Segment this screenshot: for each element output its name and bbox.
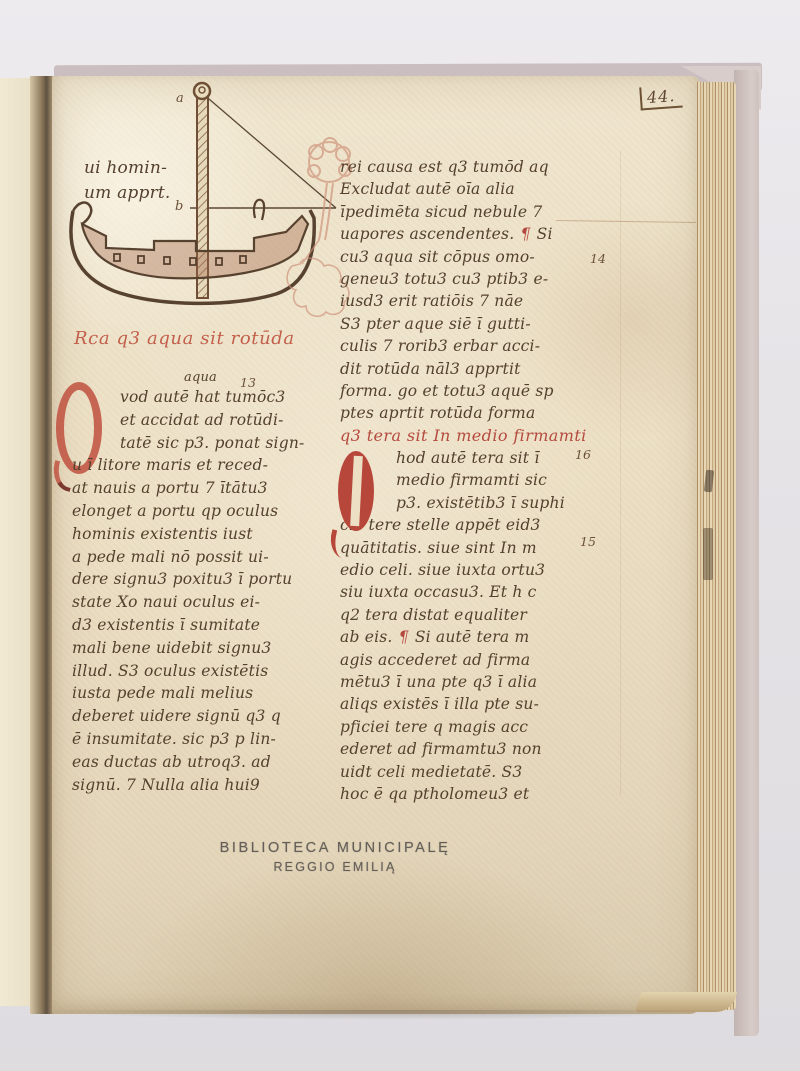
right-line-2: p3. existētib3 ī suphi [340,492,632,514]
right-line-1: medio firmamti sic [340,469,632,491]
manuscript-photo: 44. ui homin-um apprt. a b [0,0,800,1071]
right-line-4: cu3 aqua sit cōpus omo- [340,246,632,268]
initial-q-right: Q [338,451,374,531]
masthead [194,83,210,99]
left-line-3: u ī litore maris et reced- [72,454,334,477]
margin-note-15: 15 [580,534,596,549]
book-shadow [28,1010,744,1020]
left-line-11: mali bene uidebit signu3 [72,637,334,660]
left-line-8: dere signu3 poxitu3 ī portu [72,568,334,591]
stamp-line-1: BIBLIOTECA MUNICIPALĘ [190,840,480,856]
book-cover-right-edge [734,70,759,1036]
right-line-13: ederet ad firmamtu3 non [340,738,632,760]
left-line-13: iusta pede mali melius [72,682,334,705]
deck-post [254,200,264,220]
left-line-17: signū. 7 Nulla alia hui9 [72,774,334,797]
right-column-lower: hod autē tera sit īmedio firmamti sicp3.… [340,447,632,805]
right-line-6: iusd3 erit ratiōis 7 nāe [340,290,632,312]
fore-edge-ink-mark [703,528,713,580]
rubric-heading-aqua: Rca q3 aqua sit rotūda [74,328,295,349]
text-column-left: vod autē hat tumōc3et accidat ad rotūdi-… [72,386,334,796]
page-corner-curl [635,992,737,1012]
right-line-14: uidt celi medietatē. S3 [340,761,632,783]
right-line-10: mētu3 ī una pte q3 ī alia [340,671,632,693]
mast-point-label-a: a [176,91,184,106]
right-line-8: ab eis. ¶ Si autē tera m [340,626,632,648]
right-line-12: pficiei tere q magis acc [340,716,632,738]
right-line-3: uapores ascendentes. ¶ Si [340,223,632,245]
right-line-7: S3 pter aque siē ī gutti- [340,313,632,335]
right-line-9: agis accederet ad firma [340,649,632,671]
mast-point-label-b: b [175,199,183,214]
left-line-7: a pede mali nō possit ui- [72,546,334,569]
right-line-1: Excludat autē oīa alia [340,178,632,200]
left-line-4: at nauis a portu 7 ītātu3 [72,477,334,500]
text-column-right: rei causa est q3 tumōd aqExcludat autē o… [340,156,632,805]
right-column-upper: rei causa est q3 tumōd aqExcludat autē o… [340,156,632,425]
library-stamp: BIBLIOTECA MUNICIPALĘ REGGIO EMILIĄ [190,840,480,874]
left-line-16: eas ductas ab utroq3. ad [72,751,334,774]
left-line-15: ē insumitate. sic p3 p lin- [72,728,334,751]
left-line-12: illud. S3 oculus existētis [72,660,334,683]
right-line-9: dit rotūda nāl3 apprtit [340,358,632,380]
right-line-15: hoc ē qa ptholomeu3 et [340,783,632,805]
left-line-14: deberet uidere signū q3 q [72,705,334,728]
pilcrow-mark: ¶ [398,628,410,646]
right-line-11: aliqs existēs ī illa pte su- [340,693,632,715]
left-line-5: elonget a portu qp oculus [72,500,334,523]
facing-page-sliver [0,78,34,1006]
left-line-2: tatē sic p3. ponat sign- [72,432,334,455]
left-line-6: hominis existentis iust [72,523,334,546]
right-line-7: q2 tera distat equaliter [340,604,632,626]
stamp-line-2: REGGIO EMILIĄ [190,860,480,874]
right-line-5: edio celi. siue iuxta ortu3 [340,559,632,581]
left-line-0: vod autē hat tumōc3 [72,386,334,409]
pilcrow-mark: ¶ [519,225,531,243]
interlinear-gloss: aqua [184,370,217,385]
margin-note-16: 16 [575,447,591,462]
left-line-10: d3 existentis ī sumitate [72,614,334,637]
right-line-0: rei causa est q3 tumōd aq [340,156,632,178]
left-line-1: et accidat ad rotūdi- [72,409,334,432]
margin-note-14: 14 [590,251,606,266]
right-line-5: geneu3 totu3 cu3 ptib3 e- [340,268,632,290]
right-line-10: forma. go et totu3 aquē sp [340,380,632,402]
right-line-2: īpedimēta sicud nebule 7 [340,201,632,223]
right-line-6: siu iuxta occasu3. Et h c [340,581,632,603]
right-line-11: ptes aprtit rotūda forma [340,402,632,424]
prow-curl [73,203,91,224]
right-line-8: culis 7 rorib3 erbar acci- [340,335,632,357]
rubric-heading-terra: q3 tera sit In medio firmamti [340,425,632,447]
folio-number: 44. [639,85,683,111]
left-line-9: state Xo naui oculus ei- [72,591,334,614]
